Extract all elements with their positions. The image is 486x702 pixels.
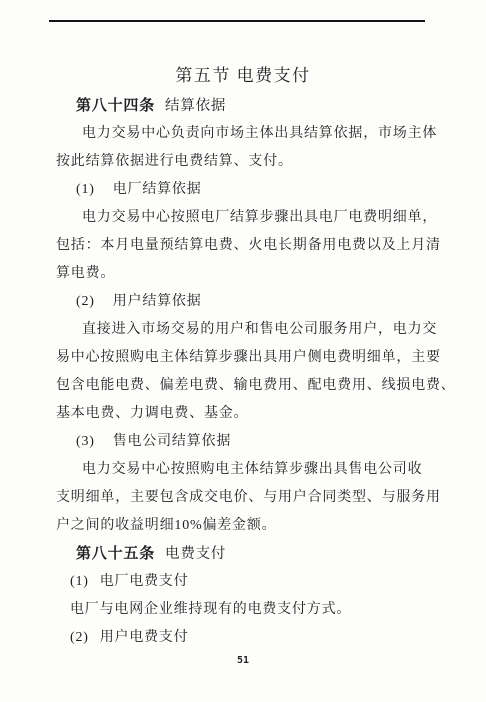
- article-85-title: 电费支付: [165, 546, 226, 562]
- paragraph-line: 易中心按照购电主体结算步骤出具用户侧电费明细单，主要: [56, 344, 430, 372]
- paragraph-line: 算电费。: [56, 260, 430, 288]
- paragraph-line: 包含电能电费、偏差电费、输电费用、配电费用、线损电费、: [56, 372, 430, 400]
- document-body: 第八十四条结算依据 电力交易中心负责向市场主体出具结算依据，市场主体 按此结算依…: [56, 92, 430, 652]
- paragraph-line: 户之间的收益明细10%偏差金额。: [56, 512, 430, 540]
- article-85-number: 第八十五条: [76, 546, 155, 562]
- article-85-item-2-heading: (2)用户电费支付: [56, 624, 430, 652]
- paragraph-line: 电力交易中心按照购电主体结算步骤出具售电公司收: [56, 456, 430, 484]
- document-page: 第五节 电费支付 第八十四条结算依据 电力交易中心负责向市场主体出具结算依据，市…: [0, 0, 486, 702]
- paragraph-line: 支明细单，主要包含成交电价、与用户合同类型、与服务用: [56, 484, 430, 512]
- paragraph-line: 电力交易中心负责向市场主体出具结算依据，市场主体: [56, 120, 430, 148]
- page-number: 51: [0, 655, 486, 666]
- paragraph-line: 按此结算依据进行电费结算、支付。: [56, 148, 430, 176]
- item-1-heading: (1)电厂结算依据: [56, 176, 430, 204]
- article-84-title: 结算依据: [165, 98, 226, 114]
- paragraph-line: 基本电费、力调电费、基金。: [56, 400, 430, 428]
- item-2-heading: (2)用户结算依据: [56, 288, 430, 316]
- section-title: 第五节 电费支付: [56, 63, 430, 89]
- item-1-marker: (1): [76, 176, 95, 204]
- item-2-marker: (2): [76, 288, 95, 316]
- item-1-title: 电厂结算依据: [113, 182, 202, 197]
- paragraph-line: 包括：本月电量预结算电费、火电长期备用电费以及上月清: [56, 232, 430, 260]
- paragraph-line: 电力交易中心按照电厂结算步骤出具电厂电费明细单，: [56, 204, 430, 232]
- article-85-item-1-marker: (1): [70, 568, 89, 596]
- article-85-item-1-title: 电厂电费支付: [100, 574, 189, 589]
- paragraph-line: 电厂与电网企业维持现有的电费支付方式。: [56, 596, 430, 624]
- article-85-heading: 第八十五条电费支付: [56, 540, 430, 568]
- header-rule: [49, 20, 425, 22]
- paragraph-line: 直接进入市场交易的用户和售电公司服务用户，电力交: [56, 316, 430, 344]
- item-3-marker: (3): [76, 428, 95, 456]
- article-85-item-2-marker: (2): [70, 624, 89, 652]
- article-85-item-1-heading: (1)电厂电费支付: [56, 568, 430, 596]
- article-84-heading: 第八十四条结算依据: [56, 92, 430, 120]
- article-84-number: 第八十四条: [76, 98, 155, 114]
- item-3-heading: (3)售电公司结算依据: [56, 428, 430, 456]
- item-2-title: 用户结算依据: [113, 294, 202, 309]
- article-85-item-2-title: 用户电费支付: [100, 630, 189, 645]
- item-3-title: 售电公司结算依据: [113, 434, 231, 449]
